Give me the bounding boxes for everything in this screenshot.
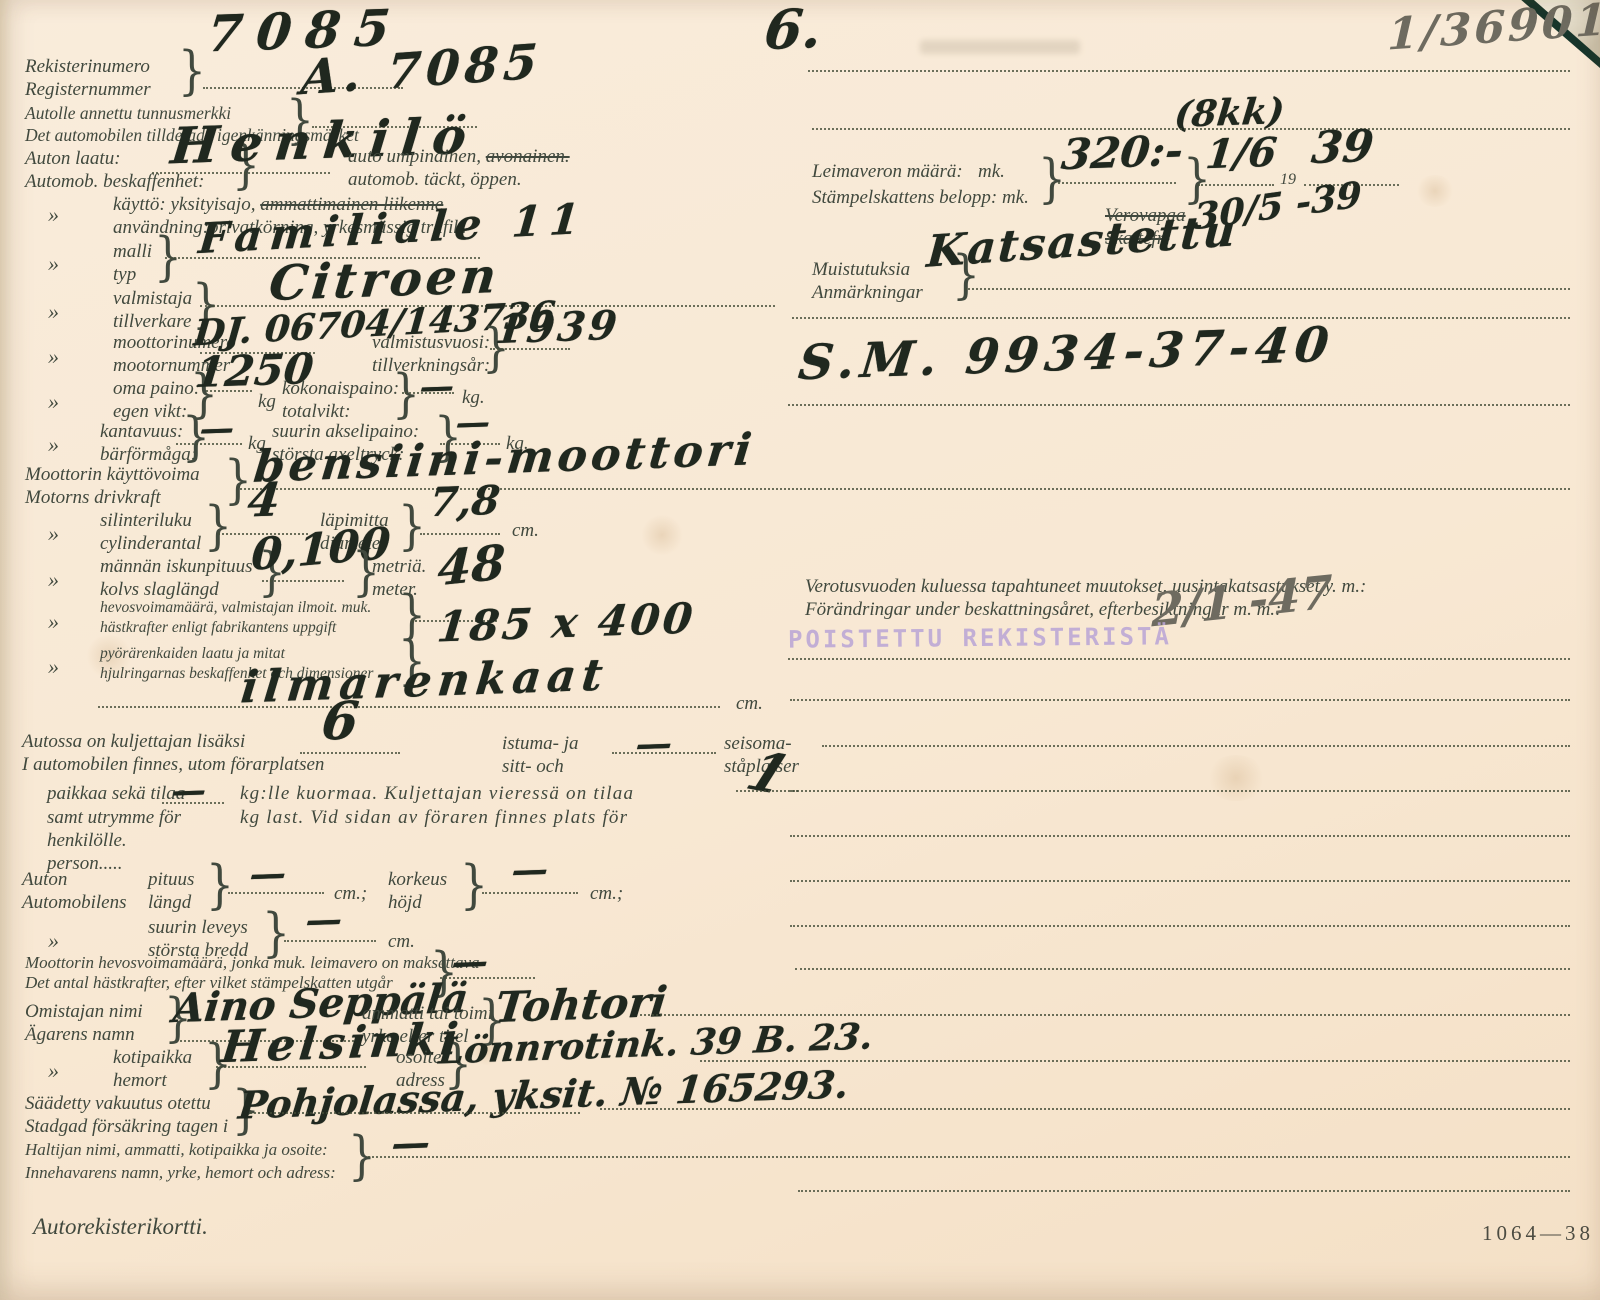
form-number: 1064—38 [1482, 1222, 1594, 1245]
total-weight-label-fi: kokonaispaino: [282, 377, 399, 400]
load-row-label-sv2: kg last. Vid sidan av föraren finnes pla… [240, 806, 628, 829]
manufacturer-label-sv: tillverkare [113, 310, 192, 333]
seat-count-value: 6 [319, 695, 361, 748]
dotted-line [162, 802, 224, 804]
cylinders-value: 4 [246, 476, 283, 523]
deregistered-stamp: POISTETTU REKISTERISTÄ [788, 622, 1172, 653]
insurance-label-sv: Stadgad försäkring tagen i [25, 1115, 228, 1138]
type-note-line1: auto umpinainen, avonainen. [348, 145, 570, 168]
stamp-tax-date-year: 39 [1310, 125, 1376, 171]
height-unit: cm.; [590, 882, 623, 905]
brace: } [392, 369, 420, 421]
type-note-fi: auto umpinainen, [348, 146, 481, 167]
dotted-line [228, 892, 324, 894]
power-source-label: Moottorin käyttövoima Motorns drivkraft [25, 463, 200, 509]
dotted-line [790, 790, 1570, 792]
height-value: — [510, 851, 550, 888]
holder-label-sv: Innehavarens namn, yrke, hemort och adre… [25, 1161, 336, 1184]
owner-label-fi: Omistajan nimi [25, 1000, 143, 1023]
ditto-mark: » [48, 344, 59, 370]
stamp-tax-label-mk: mk. [978, 160, 1005, 183]
dotted-line [736, 790, 798, 792]
year-value: 1939 [494, 306, 622, 350]
width-unit: cm. [388, 930, 415, 953]
tires-unit: cm. [736, 692, 763, 715]
ink-offset-smudge [920, 40, 1080, 54]
dotted-line [490, 348, 570, 350]
stroke-label-fi: männän iskunpituus [100, 555, 253, 578]
horsepower-value: 48 [437, 539, 506, 594]
model-label: malli typ [113, 240, 152, 286]
tires-kind-value: ilmarenkaat [239, 654, 611, 711]
holder-label: Haltijan nimi, ammatti, kotipaikka ja os… [25, 1138, 336, 1184]
length-label: pituus längd [148, 868, 194, 914]
bore-unit: cm. [512, 519, 539, 542]
owner-label-sv: Ägarens namn [25, 1023, 143, 1046]
archive-number-pencil: 1/36901 [1387, 0, 1600, 58]
dotted-line [262, 580, 344, 582]
dotted-line [482, 892, 578, 894]
ditto-mark: » [48, 1058, 59, 1084]
stroke-unit-fi: metriä. [372, 555, 426, 578]
mark-value: A. 7085 [299, 38, 543, 103]
length-label-fi: pituus [148, 868, 194, 891]
brace: } [204, 501, 232, 553]
brace: } [952, 250, 980, 302]
paper-stain [1415, 175, 1455, 207]
registration-label-fi: Rekisterinumero [25, 55, 151, 78]
holder-label-fi: Haltijan nimi, ammatti, kotipaikka ja os… [25, 1138, 336, 1161]
ditto-mark: » [48, 654, 59, 680]
height-label-fi: korkeus [388, 868, 447, 891]
stroke-label: männän iskunpituus kolvs slaglängd [100, 555, 253, 601]
dotted-line [216, 1066, 366, 1068]
power-source-label-fi: Moottorin käyttövoima [25, 463, 200, 486]
domicile-label-sv: hemort [113, 1069, 192, 1092]
ditto-mark: » [48, 567, 59, 593]
dotted-line [790, 835, 1570, 837]
tax-period-note: (8kk) [1173, 93, 1286, 133]
dotted-line [822, 745, 1570, 747]
dotted-line [250, 1112, 580, 1114]
sitting-label-fi: istuma- ja [502, 732, 579, 755]
horsepower-label-sv: hästkrafter enligt fabrikantens uppgift [100, 618, 371, 638]
remarks-label-fi: Muistutuksia [812, 258, 923, 281]
load-row-label-fi2: kg:lle kuormaa. Kuljettajan vieressä on … [240, 782, 634, 805]
dotted-line [420, 533, 500, 535]
registration-card: 6. 1/36901 Rekisterinumero Registernumme… [0, 0, 1600, 1300]
brace: } [398, 501, 426, 553]
type-note-struck: avonainen. [486, 146, 570, 167]
card-left-edge [0, 0, 13, 1300]
dotted-line [788, 658, 1570, 660]
length-label-sv: längd [148, 891, 194, 914]
cylinders-label: silinteriluku cylinderantal [100, 509, 201, 555]
card-title: Autorekisterikortti. [33, 1215, 208, 1238]
brace: } [178, 46, 206, 98]
width-label-fi: suurin leveys [148, 916, 248, 939]
cylinders-label-sv: cylinderantal [100, 532, 201, 555]
ditto-mark: » [48, 432, 59, 458]
model-label-fi: malli [113, 240, 152, 263]
height-label: korkeus höjd [388, 868, 447, 914]
occupation-value: Tohtori [493, 981, 669, 1029]
dotted-line [612, 752, 716, 754]
dotted-line [790, 880, 1570, 882]
seats-label-fi: Autossa on kuljettajan lisäksi [22, 730, 324, 753]
paper-stain [640, 515, 684, 555]
dotted-line [965, 288, 1570, 290]
domicile-label: kotipaikka hemort [113, 1046, 192, 1092]
power-source-label-sv: Motorns drivkraft [25, 486, 200, 509]
sitting-label: istuma- ja sitt- och [502, 732, 579, 778]
dotted-line [792, 317, 1570, 319]
ditto-mark: » [48, 521, 59, 547]
insurance-label: Säädetty vakuutus otettu Stadgad försäkr… [25, 1092, 228, 1138]
domicile-label-fi: kotipaikka [113, 1046, 192, 1069]
bore-value: 7,8 [428, 481, 502, 523]
dotted-line [284, 940, 376, 942]
brace: } [206, 860, 234, 912]
total-weight-value: — [418, 369, 456, 404]
dotted-line [368, 1156, 1570, 1158]
paper-stain [1205, 755, 1267, 801]
dotted-line [1058, 182, 1176, 184]
length-value: — [248, 855, 288, 892]
ditto-mark: » [48, 389, 59, 415]
dotted-line [600, 1108, 1570, 1110]
own-weight-unit: kg [258, 390, 276, 413]
owner-label: Omistajan nimi Ägarens namn [25, 1000, 143, 1046]
horsepower-label: hevosvoimamäärä, valmistajan ilmoit. muk… [100, 598, 371, 638]
insurance-label-fi: Säädetty vakuutus otettu [25, 1092, 228, 1115]
manufacturer-label-fi: valmistaja [113, 287, 192, 310]
length-head-fi: Auton [22, 868, 127, 891]
dotted-line [402, 392, 454, 394]
dotted-line [206, 390, 252, 392]
ditto-mark: » [48, 609, 59, 635]
sitting-label-sv: sitt- och [502, 755, 579, 778]
stamp-tax-label-sv: Stämpelskattens belopp: mk. [812, 186, 1029, 209]
year-label-fi: valmistusvuosi: [372, 331, 490, 354]
remarks-label: Muistutuksia Anmärkningar [812, 258, 923, 304]
ditto-mark: » [48, 202, 59, 228]
load-row-label-sv: samt utrymme för [47, 806, 181, 829]
type-note: auto umpinainen, avonainen. automob. täc… [348, 145, 570, 191]
stamp-tax-date-day: 1/6 [1204, 133, 1279, 175]
registration-label-sv: Registernummer [25, 78, 151, 101]
dotted-line [788, 404, 1570, 406]
brace: } [460, 860, 488, 912]
dotted-line [798, 1190, 1570, 1192]
cylinders-label-fi: silinteriluku [100, 509, 201, 532]
standing-count-value: — [634, 725, 674, 762]
insurance-value: Pohjolassa, yksit. № 165293. [237, 1065, 851, 1124]
dotted-line [98, 706, 720, 708]
dotted-line [152, 172, 330, 174]
ditto-mark: » [48, 251, 59, 277]
ditto-mark: » [48, 299, 59, 325]
tires-size-value: 185 x 400 [435, 598, 697, 649]
seats-label: Autossa on kuljettajan lisäksi I automob… [22, 730, 324, 776]
own-weight-label-fi: oma paino: [113, 377, 200, 400]
length-head-label: Auton Automobilens [22, 868, 127, 914]
stamp-tax-value: 320:- [1060, 130, 1186, 176]
dotted-line [1198, 184, 1274, 186]
ditto-mark: » [48, 928, 59, 954]
registration-label: Rekisterinumero Registernummer [25, 55, 151, 101]
person-label-fi: henkilölle. [47, 829, 127, 852]
model-label-sv: typ [113, 263, 152, 286]
width-value: — [304, 901, 344, 938]
dotted-line [176, 443, 242, 445]
dotted-line [790, 699, 1570, 701]
remarks-label-sv: Anmärkningar [812, 281, 923, 304]
capacity-value: — [198, 411, 236, 446]
length-head-sv: Automobilens [22, 891, 127, 914]
dotted-line [640, 1014, 1570, 1016]
stamp-tax-label-fi: Leimaveron määrä: [812, 160, 963, 183]
height-label-sv: höjd [388, 891, 447, 914]
type-note-sv: automob. täckt, öppen. [348, 168, 570, 191]
tax-hp-label-fi: Moottorin hevosvoimamäärä, jonka muk. le… [25, 953, 480, 973]
remarks-note-value: S.M. 9934-37-40 [796, 321, 1337, 388]
horsepower-label-fi: hevosvoimamäärä, valmistajan ilmoit. muk… [100, 598, 371, 618]
top-center-number: 6. [762, 1, 824, 57]
dotted-line [808, 70, 1570, 72]
manufacturer-label: valmistaja tillverkare [113, 287, 192, 333]
dotted-line [812, 128, 1570, 130]
total-weight-label: kokonaispaino: totalvikt: [282, 377, 399, 423]
dotted-line [300, 752, 400, 754]
dotted-line [795, 968, 1570, 970]
dotted-line [790, 925, 1570, 927]
